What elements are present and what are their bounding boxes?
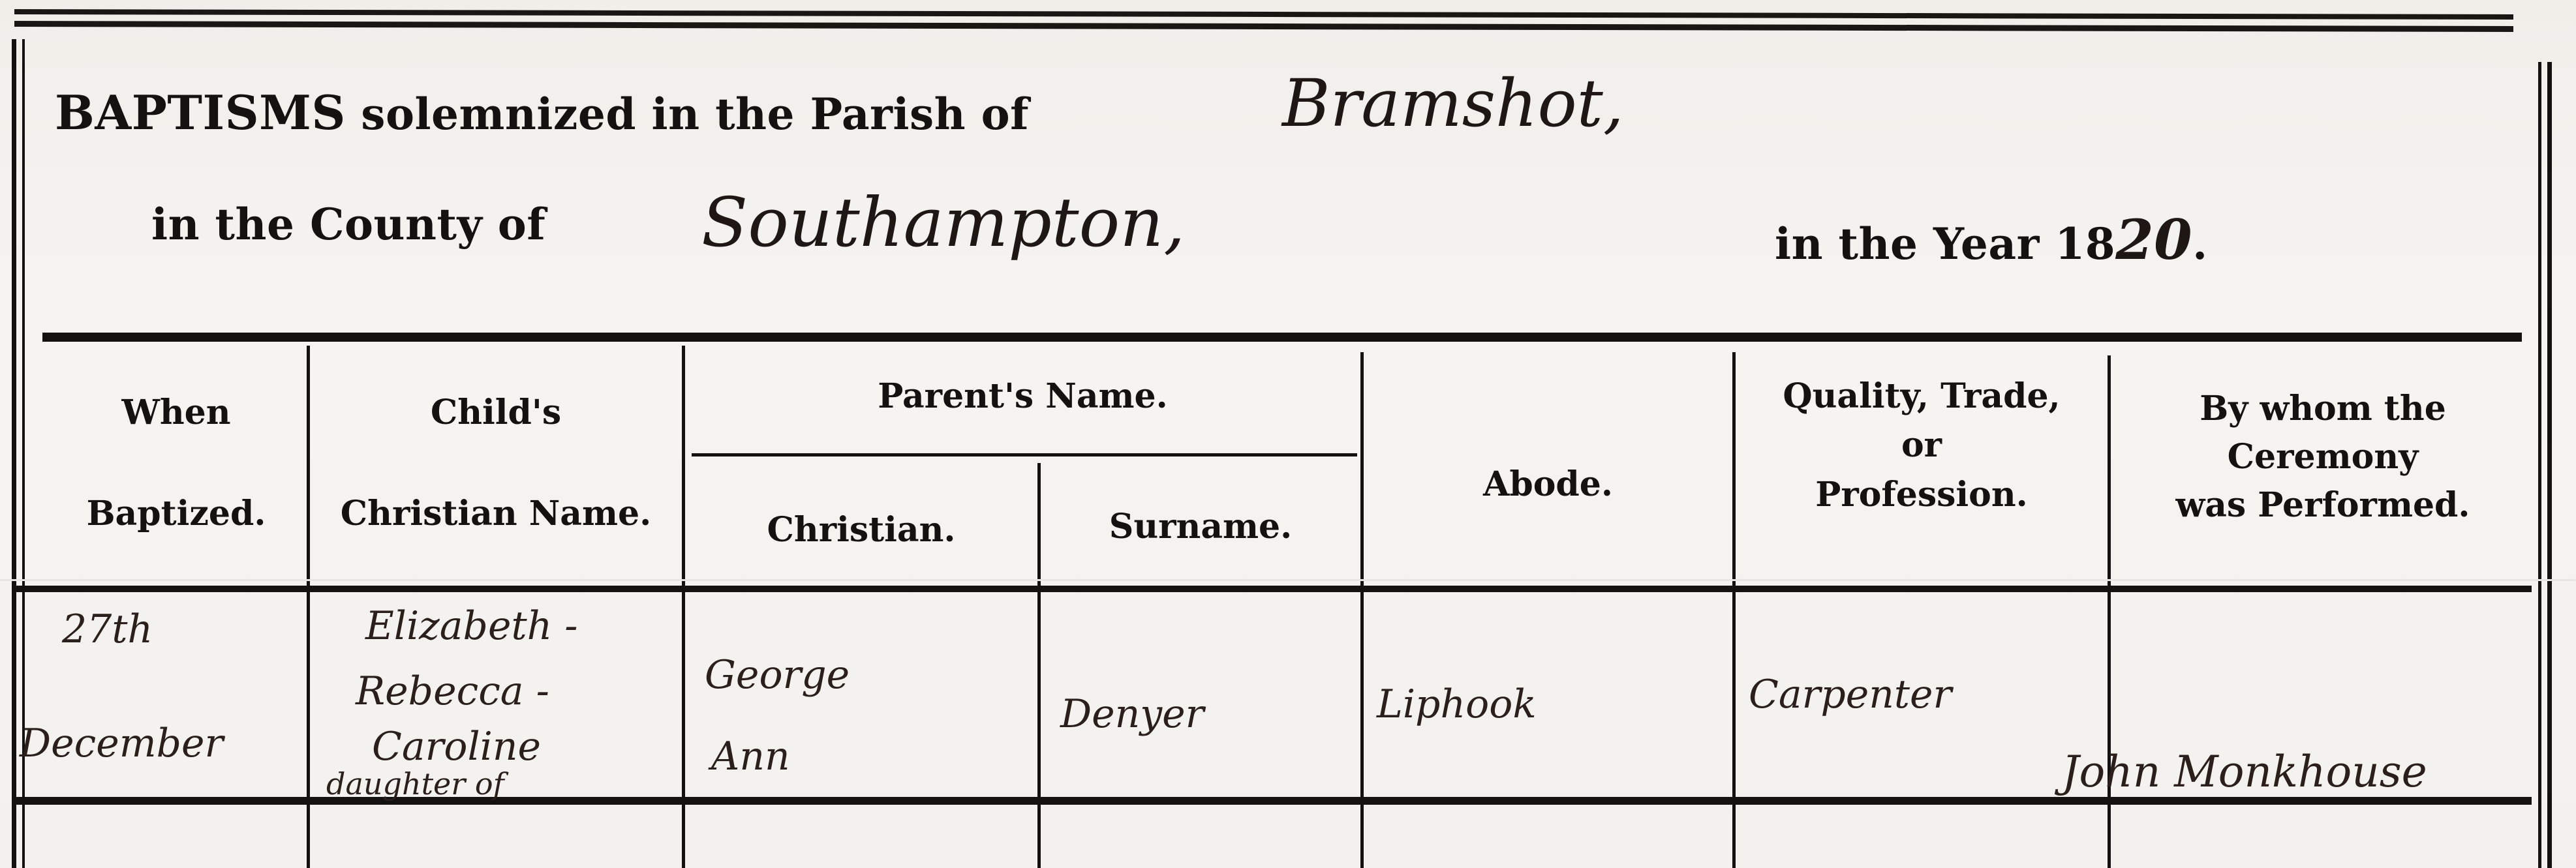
col-header-officiant-1: By whom the [2111,385,2535,433]
col-header-officiant-3: was Performed. [2111,481,2535,530]
scan-seam [0,579,2576,581]
entry-child-name-1: Elizabeth - [365,603,578,649]
entry-child-name-3: Caroline [372,724,541,770]
heading-baptisms: BAPTISMS [55,85,346,140]
col-header-parent-christian: Christian. [685,509,1037,551]
year-suffix: . [2192,218,2207,269]
col-header-child: Child's Christian Name. [310,391,682,535]
col-rule-4 [1360,352,1364,868]
heading-county-label: in the County of [151,199,545,250]
year-handwritten: 20 [2115,207,2192,272]
top-double-rule [14,12,2513,33]
entry-trade: Carpenter [1749,672,1952,717]
entry-child-note: daughter of [326,766,504,801]
col-header-trade-1: Quality, Trade, [1736,372,2108,421]
entry-mother-christian: Ann [711,734,790,779]
col-header-officiant: By whom the Ceremony was Performed. [2111,385,2535,529]
right-border [2538,62,2558,868]
col-header-trade-2: or [1736,421,2108,470]
col-header-child-2: Christian Name. [310,492,682,535]
entry-day: 27th [62,606,153,652]
header-bottom-rule [13,586,2532,592]
col-header-when: When Baptized. [46,391,307,535]
table-top-rule [42,333,2522,342]
col-header-parent-surname: Surname. [1041,505,1360,548]
year-label: in the Year 18 [1775,218,2115,269]
col-header-trade-3: Profession. [1736,470,2108,519]
entry-abode: Liphook [1377,681,1537,727]
entry-child-name-2: Rebecca - [356,668,549,714]
col-rule-2 [682,346,685,868]
parish-name: Bramshot, [1282,65,1624,142]
col-header-when-1: When [46,391,307,434]
entry-officiant: John Monkhouse [2062,747,2427,797]
parents-sub-rule [692,453,1357,456]
entry-father-christian: George [705,652,850,698]
col-header-parents: Parent's Name. [685,375,1360,417]
entry-surname: Denyer [1060,691,1204,737]
col-header-child-1: Child's [310,391,682,434]
heading-year: in the Year 1820. [1775,207,2208,272]
entry-month: December [20,721,223,766]
col-header-officiant-2: Ceremony [2111,433,2535,481]
county-name: Southampton, [701,183,1185,262]
col-header-trade: Quality, Trade, or Profession. [1736,372,2108,519]
col-header-when-2: Baptized. [46,492,307,535]
heading-line-1: BAPTISMS solemnized in the Parish of [55,85,1029,140]
heading-solemnized: solemnized in the Parish of [361,89,1029,140]
register-page: BAPTISMS solemnized in the Parish of Bra… [0,0,2576,868]
col-header-abode: Abode. [1364,463,1732,505]
